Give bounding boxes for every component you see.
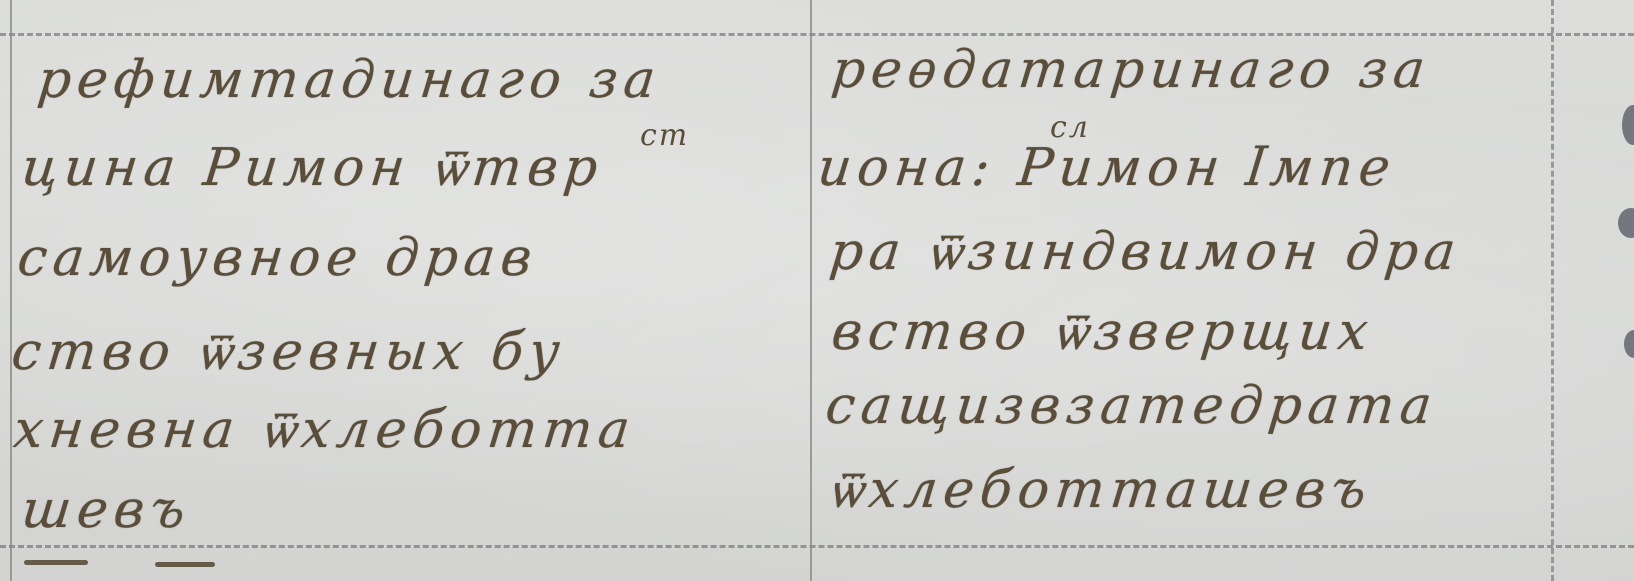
text-line: иона: Римон ӏмпе — [815, 138, 1399, 198]
text-line: ра ѿзиндвимон дра — [827, 222, 1464, 282]
ink-blot — [1624, 330, 1634, 358]
text-line: цина Римон ѿтвр — [19, 138, 606, 198]
bottom-ruling-line — [0, 545, 1634, 548]
ink-blot — [1618, 208, 1634, 238]
top-ruling-line — [0, 33, 1634, 36]
text-line: ѿхлеботташевъ — [827, 460, 1375, 520]
flourish-stroke — [24, 560, 88, 565]
text-line: реѳдатаринаго за — [829, 40, 1434, 100]
text-line: ство ѿзевных бу — [9, 322, 569, 382]
flourish-stroke — [155, 562, 215, 567]
text-line: шевъ — [19, 480, 194, 540]
text-line: рефимтадинаго за — [35, 50, 664, 110]
column-divider-line — [810, 0, 812, 581]
left-margin-line — [10, 0, 12, 581]
text-line: самоувное драв — [15, 228, 541, 288]
text-line: хневна ѿхлеботта — [11, 400, 639, 460]
superscript-text: ст — [640, 118, 689, 153]
text-line: сащизвзатедрата — [823, 376, 1441, 436]
right-margin-line — [1551, 0, 1554, 581]
text-line: вство ѿзверщих — [829, 302, 1377, 362]
manuscript-page: рефимтадинаго за ст цина Римон ѿтвр само… — [0, 0, 1634, 581]
ink-blot — [1622, 105, 1634, 145]
